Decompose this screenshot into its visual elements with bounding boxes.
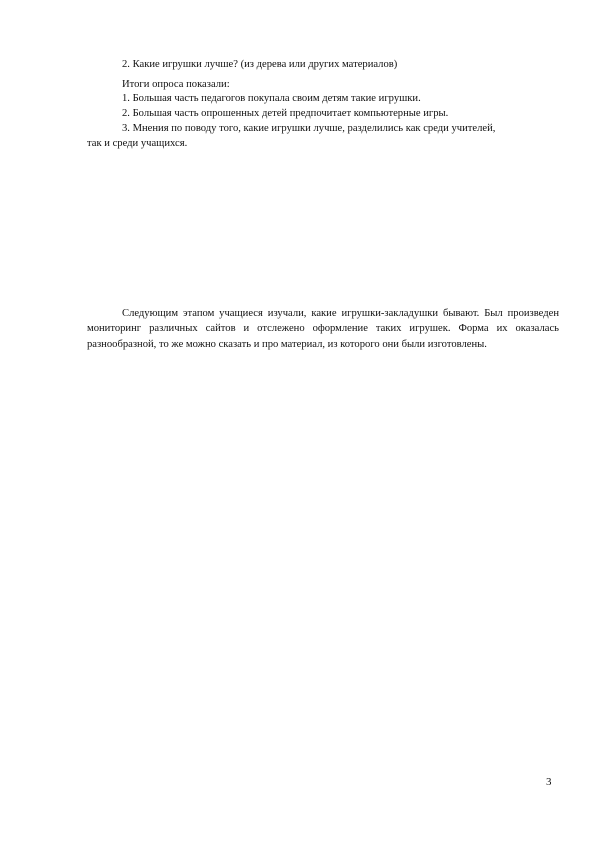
result-item-1: 1. Большая часть педагогов покупала свои… <box>122 91 421 106</box>
document-page: 2. Какие игрушки лучше? (из дерева или д… <box>0 0 595 842</box>
result-item-2: 2. Большая часть опрошенных детей предпо… <box>122 106 448 121</box>
results-heading: Итоги опроса показали: <box>122 77 230 92</box>
result-item-3-continuation: так и среди учащихся. <box>87 136 187 151</box>
result-item-3: 3. Мнения по поводу того, какие игрушки … <box>122 121 495 136</box>
survey-question-2: 2. Какие игрушки лучше? (из дерева или д… <box>122 57 397 72</box>
page-number: 3 <box>546 776 552 788</box>
paragraph-next-stage: Следующим этапом учащиеся изучали, какие… <box>87 306 559 352</box>
